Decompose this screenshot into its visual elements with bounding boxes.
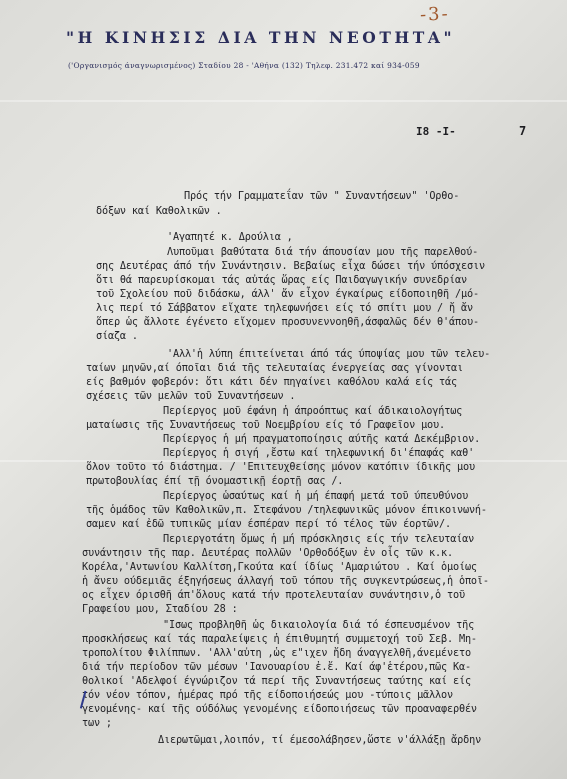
letter-line: Λυποῦμαι βαθύτατα διά τήν άπουσίαν μου τ… [167, 247, 478, 258]
letter-line: 'Αγαπητέ κ. Δρούλια , [167, 232, 293, 243]
letter-line: σαμεν καί ἐδῶ τυπικῶς μίαν έσπέραν περί … [86, 519, 451, 530]
letter-line: λις περί τό Σάββατον εἴχατε τηλεφωνήσει … [96, 303, 473, 314]
letter-line: Γραφείου μου, Σταδίου 28 : [82, 604, 238, 615]
letter-line: ματαίωσις τῆς Συναντήσεως τοῦ Νοεμβρίου … [86, 420, 445, 431]
letter-line: δόξων καί Καθολικῶν . [96, 206, 222, 217]
letter-line: Περίεργος μοῦ έφάνη ἡ άπροόπτως καί άδικ… [163, 406, 462, 417]
letter-date-year: 7 [519, 124, 526, 138]
letter-line: ταίων μηνῶν,αί όποῖαι διά τῆς τελευταίας… [86, 363, 463, 374]
letter-line: τόν νέον τόπον, ἡμέρας πρό τῆς είδοποιήσ… [82, 690, 453, 701]
letter-line: ος εἶχεν όρισθῆ άπ'ὅλους κατά τήν προτελ… [82, 590, 465, 601]
letter-line: Διερωτῶμαι,λοιπόν, τί έμεσολάβησεν,ὥστε … [158, 735, 481, 746]
letter-line: τῆς ὁμάδος τῶν Καθολικῶν,π. Στεφάνου /τη… [86, 505, 487, 516]
letter-line: διά τήν περίοδον τῶν μέσων 'Ιανουαρίου ἐ… [82, 662, 471, 673]
letter-line: των ; [82, 718, 112, 729]
letter-line: Πρός τήν Γραμματεΐαν τῶν " Συναντήσεων" … [184, 191, 459, 202]
letter-line: τροπολίτου Φιλίππων. 'Αλλ'αὐτη ,ὡς ε"ιχε… [82, 648, 471, 659]
letter-line: Περίεργος ὡσαύτως καί ἡ μή έπαφή μετά το… [163, 491, 468, 502]
letter-line: ὅπερ ὡς ἄλλοτε έγένετο εἴχομεν προσυνενν… [96, 317, 479, 328]
letterhead-address: ('Οργανισμός άναγνωρισμένος) Σταδίου 28 … [68, 61, 420, 70]
letter-line: προσκλήσεως καί τάς παραλείψεις ἡ έπιθυμ… [82, 634, 477, 645]
letter-line: Περιεργοτάτη ὅμως ἡ μή πρόσκλησις είς τή… [163, 534, 474, 545]
letter-line: σίαζα . [96, 331, 138, 342]
letter-line: Περίεργος ἡ σιγή ,ἔστω καί τηλεφωνική δι… [163, 448, 474, 459]
letter-line: σης Δευτέρας άπό τήν Συνάντησιν. Βεβαίως… [96, 261, 485, 272]
letter-line: πρωτοβουλίας έπί τῇ όνομαστικῇ έορτῇ σας… [86, 476, 343, 487]
letter-line: ὅτι θά παρευρίσκομαι τάς αὐτάς ὥρας είς … [96, 275, 467, 286]
letter-line: ἡ ἄνευ ούδεμιᾶς έξηγήσεως άλλαγή τοῦ τόπ… [82, 576, 489, 587]
letter-line: 'Αλλ'ἡ λύπη έπιτείνεται άπό τάς ύποψίας … [167, 349, 490, 360]
letter-line: γενομένης- καί τῆς ούδόλως γενομένης είδ… [82, 704, 477, 715]
letterhead-title: "Η ΚΙΝΗΣΙΣ ΔΙΑ ΤΗΝ ΝΕΟΤΗΤΑ" [66, 28, 526, 47]
letter-date: I8 -I- [416, 125, 456, 138]
letter-line: Περίεργος ἡ μή πραγματοποίησις αύτῆς κατ… [163, 434, 480, 445]
letter-line: τοῦ Σχολείου ποῦ διδάσκω, άλλ' ἄν εἶχον … [96, 289, 479, 300]
letter-line: είς βαθμόν φοβερόν: ὅτι κάτι δέν πηγαίνε… [86, 377, 457, 388]
letter-line: συνάντησιν τῆς παρ. Δευτέρας πολλῶν 'Ορθ… [82, 548, 453, 559]
letter-line: θολικοί 'Αδελφοί έγνώριζον τά περί τῆς Σ… [82, 676, 471, 687]
letter-line: ὅλον τοῦτο τό διάστημα. / 'Επιτευχθείσης… [86, 462, 475, 473]
handwritten-page-number: -3- [420, 3, 450, 25]
letter-line: "Ισως προβληθῆ ὡς δικαιολογία διά τό έσπ… [163, 620, 474, 631]
letter-line: Κορέλα,'Αντωνίου Καλλίτση,Γκούτα καί ίδί… [82, 562, 477, 573]
letter-line: σχέσεις τῶν μελῶν τοῦ Συναντήσεων . [86, 391, 295, 402]
paper-crease [0, 100, 567, 102]
